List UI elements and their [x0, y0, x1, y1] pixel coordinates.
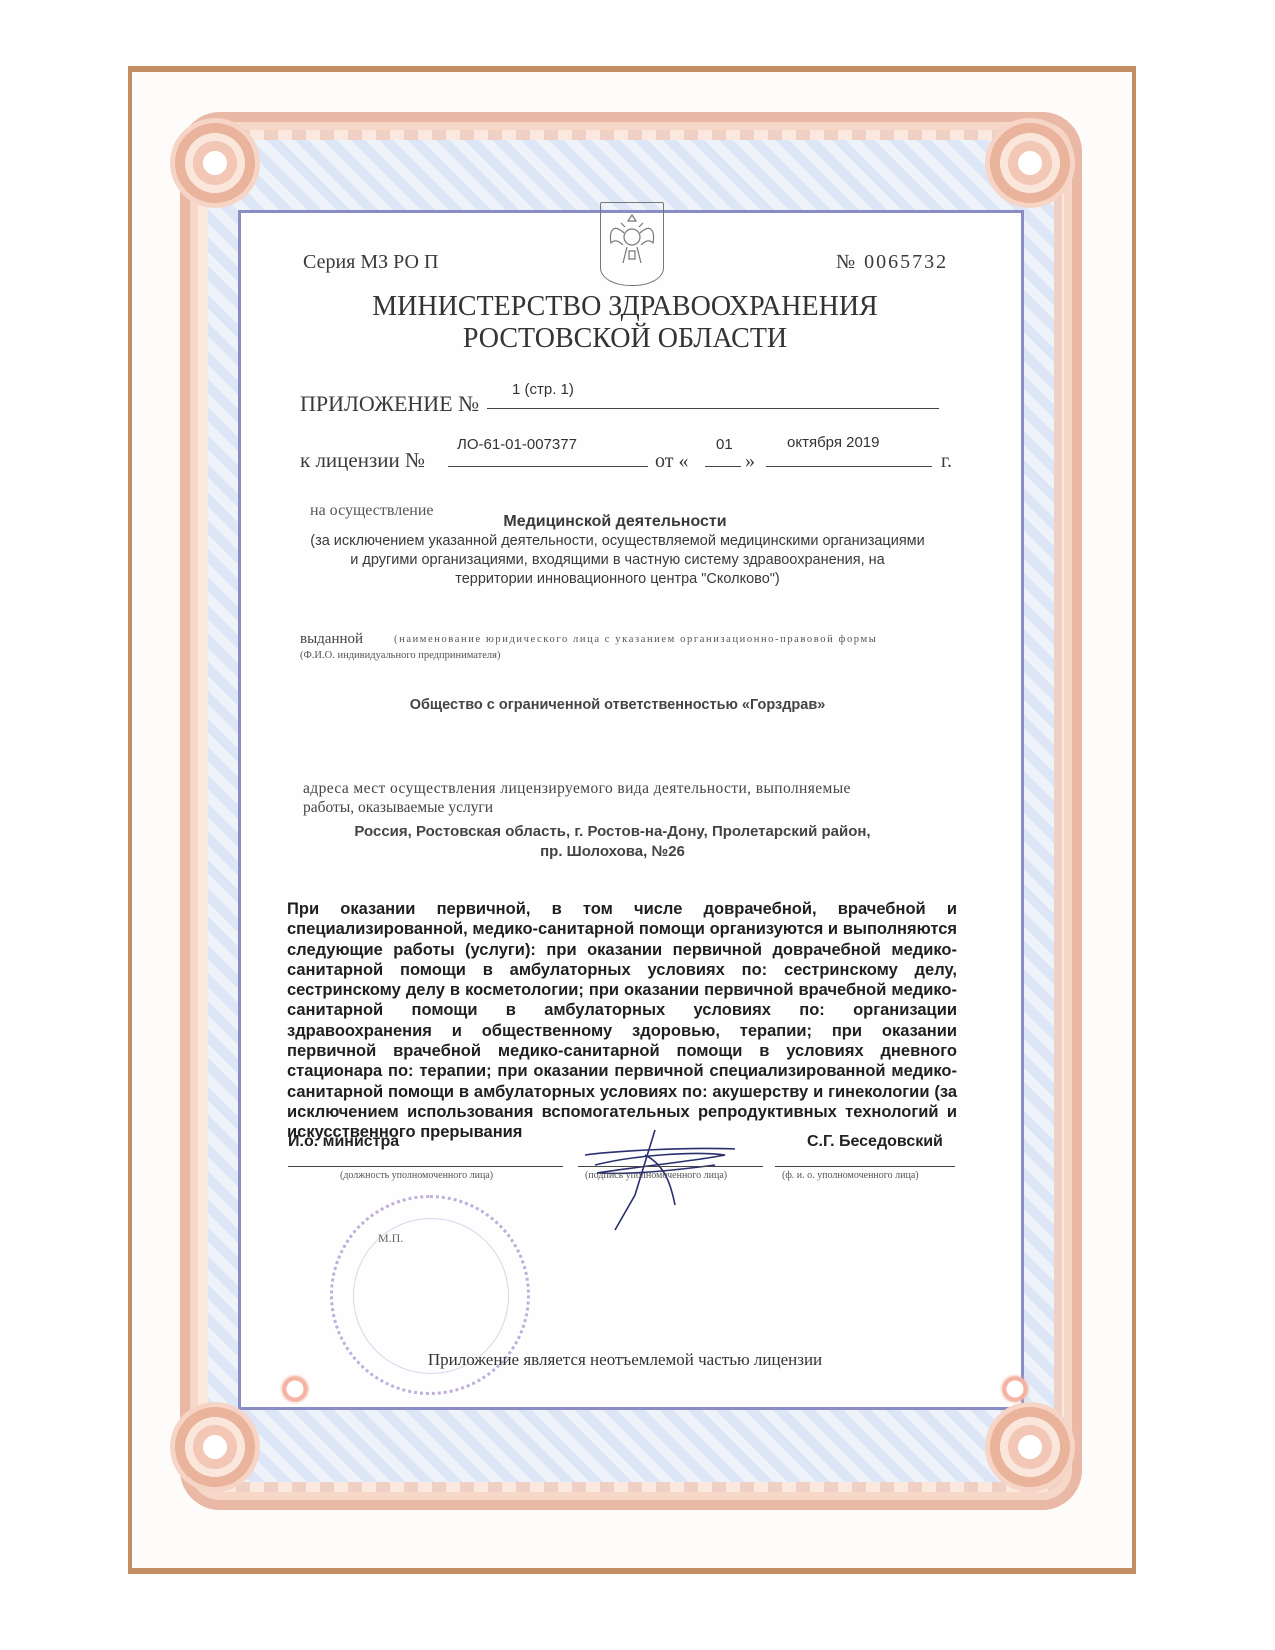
- day-underline: [705, 466, 741, 467]
- series-label: Серия МЗ РО П: [303, 251, 438, 274]
- activity-note-line1: (за исключением указанной деятельности, …: [0, 533, 1235, 549]
- license-day: 01: [716, 436, 733, 453]
- appendix-underline: [487, 408, 939, 409]
- activity-note-line3: территории инновационного центра "Сколко…: [0, 571, 1235, 587]
- russian-coat-of-arms-icon: [600, 202, 664, 286]
- name-underline: [775, 1166, 955, 1167]
- ministry-title-line1: МИНИСТЕРСТВО ЗДРАВООХРАНЕНИЯ: [0, 291, 1250, 323]
- license-number: ЛО-61-01-007377: [457, 436, 577, 453]
- issued-label: выданной: [300, 631, 363, 648]
- address-label-line2: работы, оказываемые услуги: [303, 799, 493, 817]
- license-from-label: от «: [655, 450, 688, 473]
- address-label-line1: адреса мест осуществления лицензируемого…: [303, 780, 851, 798]
- organization-name: Общество с ограниченной ответственностью…: [0, 697, 1235, 713]
- activity-note-line2: и другими организациями, входящими в час…: [0, 552, 1235, 568]
- signature-hint: (подпись уполномоченного лица): [585, 1170, 727, 1181]
- signature-underline: [578, 1166, 763, 1167]
- activity-title: Медицинской деятельности: [0, 513, 1230, 531]
- license-number-underline: [448, 466, 648, 467]
- issued-hint-line2: (Ф.И.О. индивидуального предпринимателя): [300, 650, 501, 661]
- services-description: При оказании первичной, в том числе довр…: [287, 899, 957, 1143]
- stamp-label: М.П.: [378, 1231, 403, 1246]
- position-hint: (должность уполномоченного лица): [340, 1170, 493, 1181]
- year-suffix: г.: [941, 450, 952, 473]
- license-month-year: октября 2019: [787, 434, 880, 451]
- issued-hint-line1: (наименование юридического лица с указан…: [394, 634, 877, 645]
- form-number: № 0065732: [836, 251, 948, 274]
- appendix-label: ПРИЛОЖЕНИЕ №: [300, 391, 479, 417]
- name-hint: (ф. и. о. уполномоченного лица): [782, 1170, 919, 1181]
- position-underline: [288, 1166, 563, 1167]
- signatory-position: И.о. министра: [288, 1133, 399, 1151]
- close-quote: »: [745, 450, 755, 473]
- license-label: к лицензии №: [300, 448, 425, 473]
- document-content: Серия МЗ РО П № 0065732 МИНИСТЕРСТВО ЗДР…: [0, 0, 1275, 1650]
- ministry-title-line2: РОСТОВСКОЙ ОБЛАСТИ: [0, 323, 1250, 355]
- signatory-name: С.Г. Беседовский: [807, 1133, 943, 1151]
- footer-note: Приложение является неотъемлемой частью …: [0, 1350, 1250, 1370]
- month-underline: [766, 466, 932, 467]
- appendix-value: 1 (стр. 1): [512, 381, 574, 398]
- address-value-line2: пр. Шолохова, №26: [0, 843, 1225, 860]
- address-value-line1: Россия, Ростовская область, г. Ростов-на…: [0, 823, 1225, 840]
